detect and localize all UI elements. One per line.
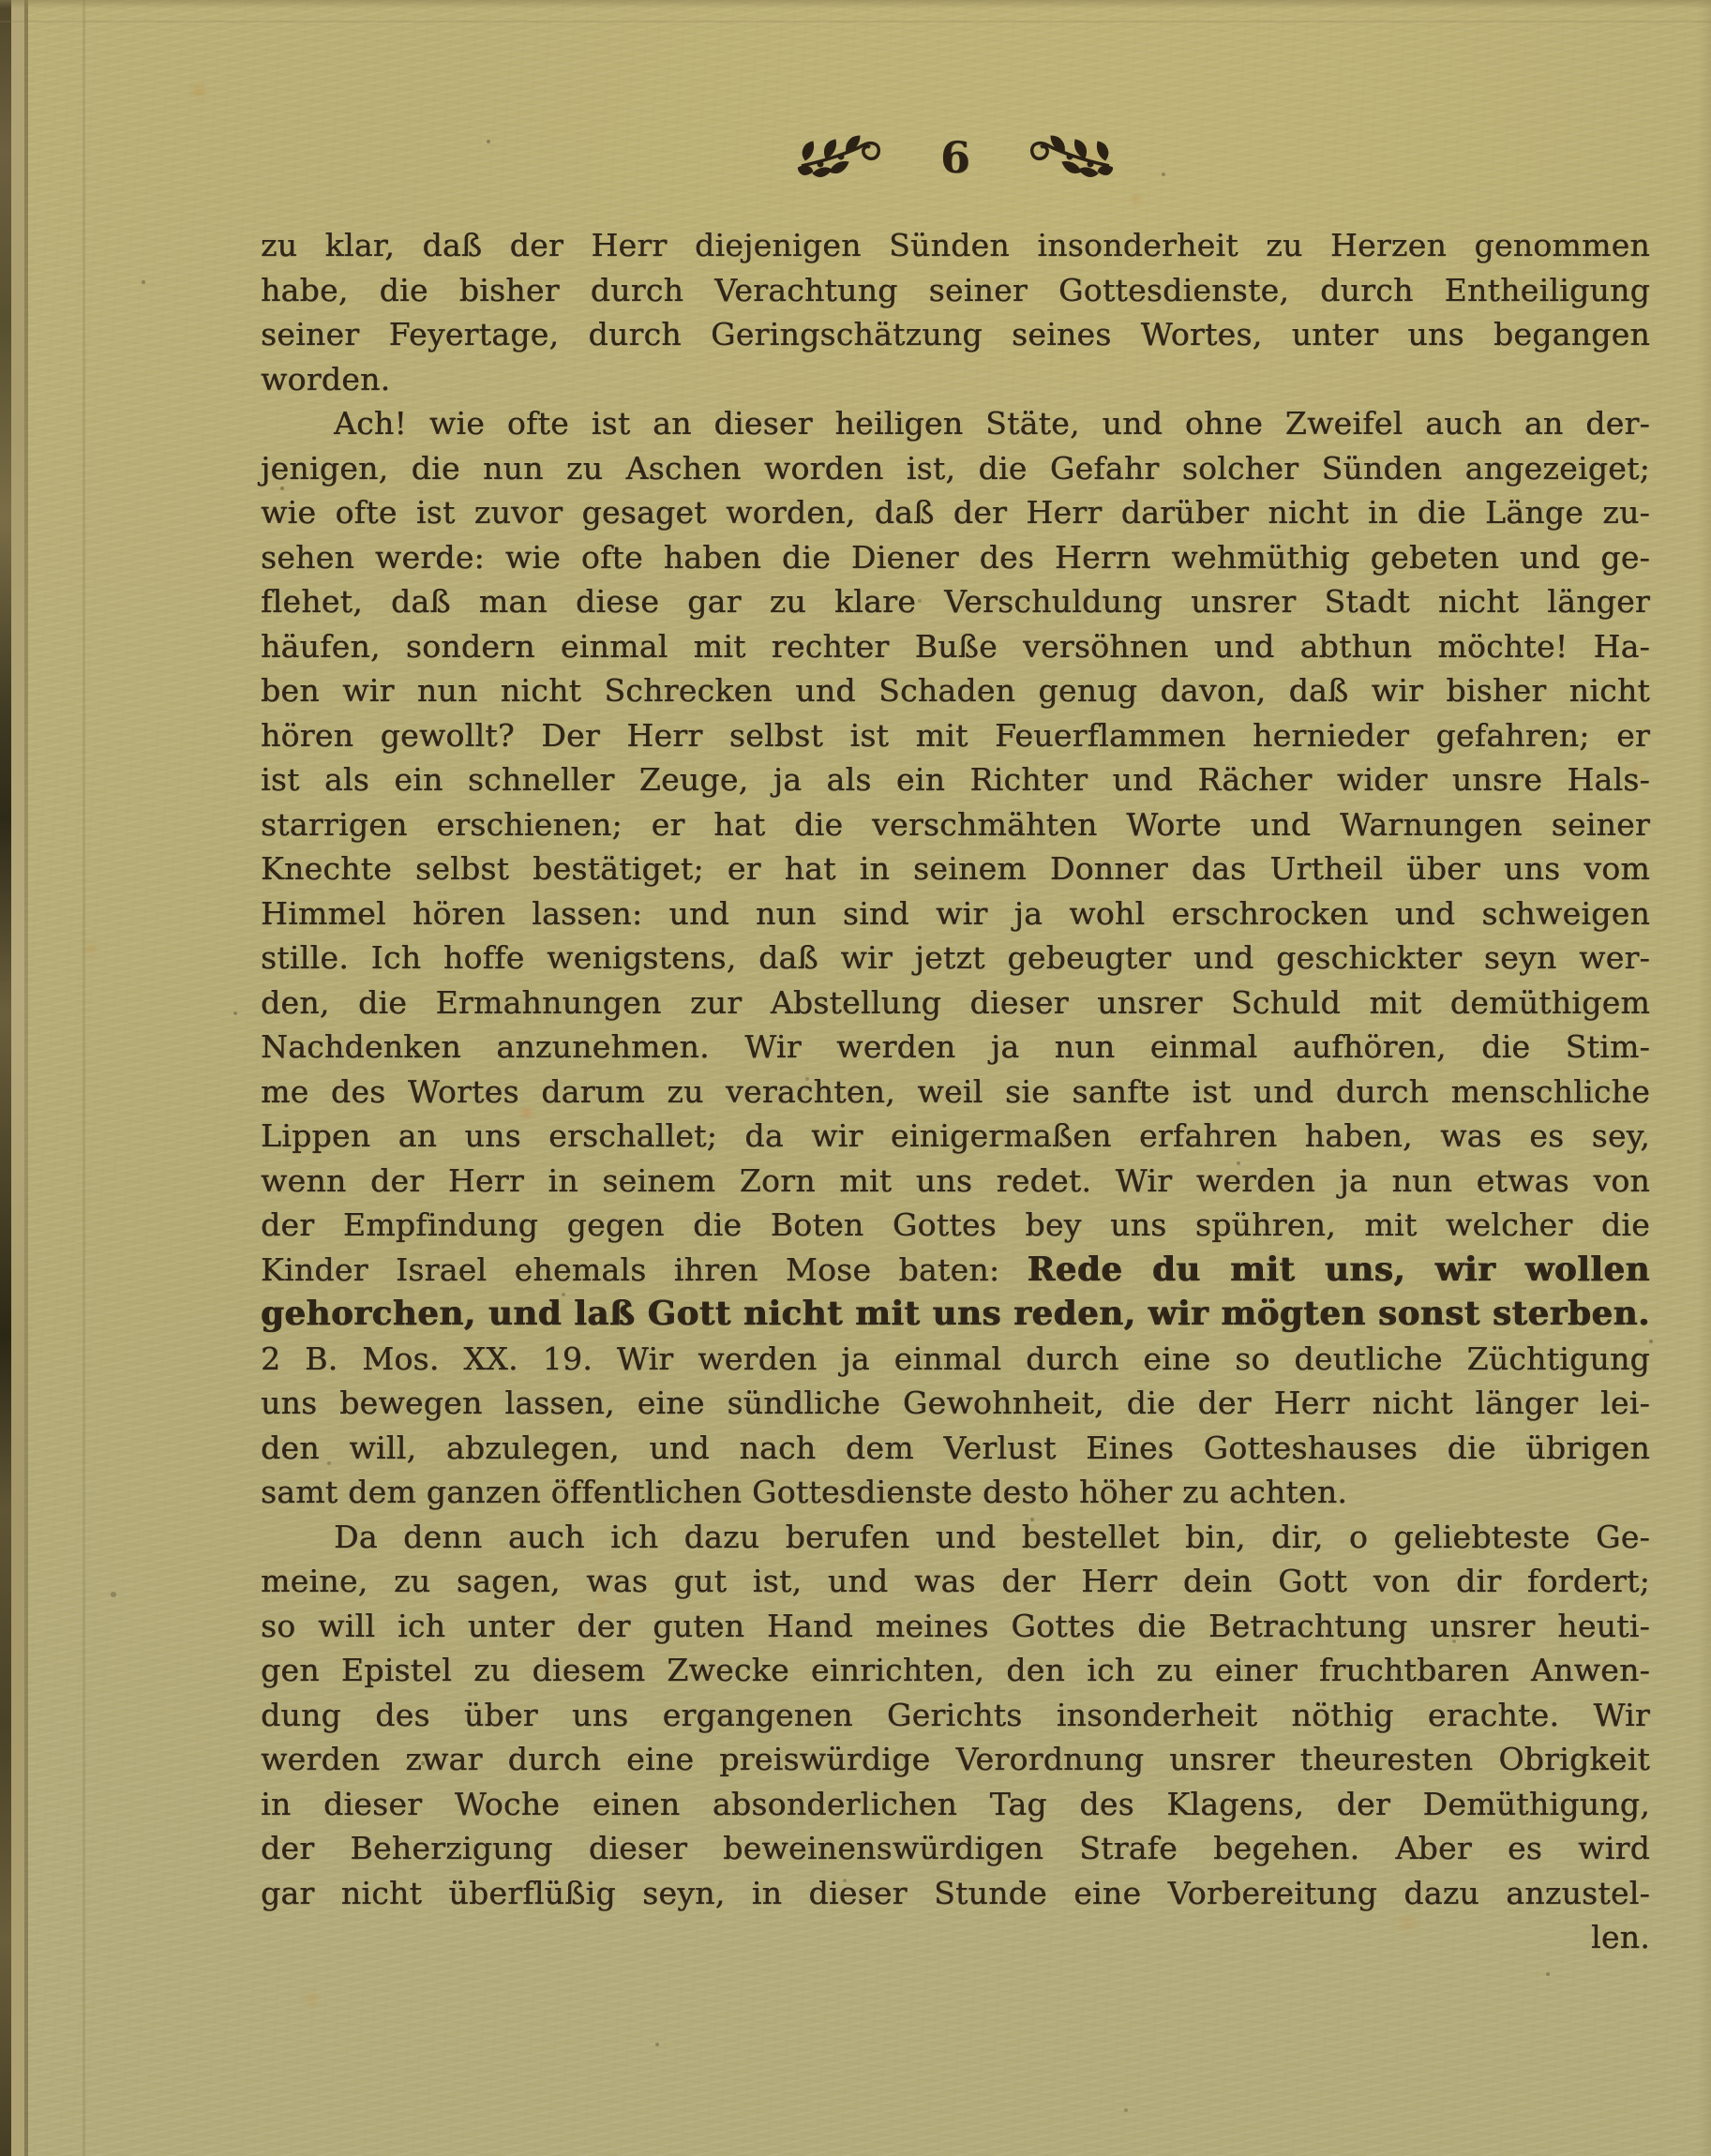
body-text: wenn der Herr in seinem Zorn mit uns red… [261, 1162, 1650, 1199]
body-text: uns bewegen lassen, eine sündliche Gewoh… [261, 1385, 1650, 1421]
body-text: Da denn auch ich dazu berufen und bestel… [334, 1519, 1650, 1555]
text-line: wenn der Herr in seinem Zorn mit uns red… [261, 1159, 1650, 1204]
text-line: Ach! wie ofte ist an dieser heiligen Stä… [261, 401, 1650, 446]
text-line: Himmel hören lassen: und nun sind wir ja… [261, 891, 1650, 936]
page-right-edge [1698, 0, 1711, 2156]
text-line: den, die Ermahnungen zur Abstellung dies… [261, 981, 1650, 1026]
text-line: gehorchen, und laß Gott nicht mit uns re… [261, 1292, 1650, 1337]
body-text: me des Wortes darum zu verachten, weil s… [261, 1073, 1650, 1110]
body-text: der Empfindung gegen die Boten Gottes be… [261, 1206, 1650, 1243]
text-line: werden zwar durch eine preiswürdige Vero… [261, 1737, 1650, 1782]
emphasized-scripture-text: Rede du mit uns, wir wollen [1028, 1250, 1650, 1289]
body-text: habe, die bisher durch Verachtung seiner… [261, 272, 1650, 308]
text-line: gen Epistel zu diesem Zwecke einrichten,… [261, 1648, 1650, 1693]
text-line: ben wir nun nicht Schrecken und Schaden … [261, 668, 1650, 713]
text-line: flehet, daß man diese gar zu klare Versc… [261, 579, 1650, 624]
text-line: sehen werde: wie ofte haben die Diener d… [261, 535, 1650, 580]
text-line: 2 B. Mos. XX. 19. Wir werden ja einmal d… [261, 1337, 1650, 1382]
foxing-stains [0, 0, 4, 4]
text-line: Nachdenken anzunehmen. Wir werden ja nun… [261, 1025, 1650, 1070]
page-top-edge [0, 0, 1711, 8]
text-line: worden. [261, 357, 1650, 402]
text-line: dung des über uns ergangenen Gerichts in… [261, 1693, 1650, 1738]
body-text: samt dem ganzen öffentlichen Gottesdiens… [261, 1474, 1347, 1510]
body-text: sehen werde: wie ofte haben die Diener d… [261, 539, 1650, 576]
body-text: meine, zu sagen, was gut ist, und was de… [261, 1563, 1650, 1599]
text-line: len. [261, 1915, 1650, 1960]
text-line: Kinder Israel ehemals ihren Mose baten: … [261, 1248, 1650, 1293]
text-line: so will ich unter der guten Hand meines … [261, 1604, 1650, 1649]
text-line: häufen, sondern einmal mit rechter Buße … [261, 624, 1650, 669]
gutter-crease [24, 0, 28, 2156]
body-text: häufen, sondern einmal mit rechter Buße … [261, 628, 1650, 665]
text-line: der Empfindung gegen die Boten Gottes be… [261, 1203, 1650, 1248]
text-line: in dieser Woche einen absonderlichen Tag… [261, 1782, 1650, 1827]
page-number: 6 [940, 128, 970, 187]
text-line: der Beherzigung dieser beweinenswürdigen… [261, 1826, 1650, 1871]
body-text: starrigen erschienen; er hat die verschm… [261, 806, 1650, 843]
text-line: ist als ein schneller Zeuge, ja als ein … [261, 757, 1650, 802]
text-line: hören gewollt? Der Herr selbst ist mit F… [261, 713, 1650, 758]
body-text: stille. Ich hoffe wenigstens, daß wir je… [261, 939, 1650, 976]
text-line: starrigen erschienen; er hat die verschm… [261, 802, 1650, 847]
body-text: Knechte selbst bestätiget; er hat in sei… [261, 850, 1650, 887]
body-text: wie ofte ist zuvor gesaget worden, daß d… [261, 494, 1650, 531]
body-text: Himmel hören lassen: und nun sind wir ja… [261, 895, 1650, 932]
body-text: so will ich unter der guten Hand meines … [261, 1608, 1650, 1644]
body-text: in dieser Woche einen absonderlichen Tag… [261, 1786, 1650, 1822]
body-text: hören gewollt? Der Herr selbst ist mit F… [261, 717, 1650, 754]
body-text: dung des über uns ergangenen Gerichts in… [261, 1697, 1650, 1733]
gutter-band [11, 0, 24, 2156]
text-line: Lippen an uns erschallet; da wir einiger… [261, 1114, 1650, 1159]
body-text: jenigen, die nun zu Aschen worden ist, d… [261, 450, 1650, 487]
body-text: Kinder Israel ehemals ihren Mose baten: [261, 1251, 1028, 1288]
text-line: gar nicht überflüßig seyn, in dieser Stu… [261, 1871, 1650, 1916]
page-top-crease [0, 21, 1711, 22]
text-line: Knechte selbst bestätiget; er hat in sei… [261, 846, 1650, 891]
text-line: jenigen, die nun zu Aschen worden ist, d… [261, 446, 1650, 491]
emphasized-scripture-text: gehorchen, und laß Gott nicht mit uns re… [261, 1295, 1650, 1333]
body-text: den, die Ermahnungen zur Abstellung dies… [261, 984, 1650, 1021]
text-line: samt dem ganzen öffentlichen Gottesdiens… [261, 1470, 1650, 1515]
book-gutter-edge [0, 0, 11, 2156]
body-text: gen Epistel zu diesem Zwecke einrichten,… [261, 1652, 1650, 1688]
text-line: wie ofte ist zuvor gesaget worden, daß d… [261, 490, 1650, 535]
scanned-book-page: 6 zu klar, daß der Herr diejenigen Sünde… [0, 0, 1711, 2156]
text-line: me des Wortes darum zu verachten, weil s… [261, 1070, 1650, 1115]
body-text: Lippen an uns erschallet; da wir einiger… [261, 1117, 1650, 1154]
body-text: den will, abzulegen, und nach dem Verlus… [261, 1430, 1650, 1466]
body-text: len. [1591, 1919, 1650, 1955]
body-text: ist als ein schneller Zeuge, ja als ein … [261, 761, 1650, 798]
text-line: Da denn auch ich dazu berufen und bestel… [261, 1515, 1650, 1560]
body-text: der Beherzigung dieser beweinenswürdigen… [261, 1830, 1650, 1866]
text-line: zu klar, daß der Herr diejenigen Sünden … [261, 223, 1650, 268]
body-text: zu klar, daß der Herr diejenigen Sünden … [261, 227, 1650, 263]
text-line: uns bewegen lassen, eine sündliche Gewoh… [261, 1381, 1650, 1426]
body-text: flehet, daß man diese gar zu klare Versc… [261, 583, 1650, 620]
text-line: meine, zu sagen, was gut ist, und was de… [261, 1559, 1650, 1604]
text-block: zu klar, daß der Herr diejenigen Sünden … [261, 223, 1650, 1960]
body-text: werden zwar durch eine preiswürdige Vero… [261, 1741, 1650, 1777]
body-text: 2 B. Mos. XX. 19. Wir werden ja einmal d… [261, 1340, 1650, 1377]
text-line: seiner Feyertage, durch Geringschätzung … [261, 312, 1650, 357]
body-text: ben wir nun nicht Schrecken und Schaden … [261, 672, 1650, 709]
floral-sprig-left-icon [798, 128, 888, 187]
text-line: den will, abzulegen, und nach dem Verlus… [261, 1426, 1650, 1471]
floral-sprig-right-icon [1023, 128, 1113, 187]
text-line: habe, die bisher durch Verachtung seiner… [261, 268, 1650, 313]
body-text: seiner Feyertage, durch Geringschätzung … [261, 316, 1650, 352]
body-text: Nachdenken anzunehmen. Wir werden ja nun… [261, 1028, 1650, 1065]
paper-fold-crease [83, 0, 85, 2156]
body-text: gar nicht überflüßig seyn, in dieser Stu… [261, 1875, 1650, 1911]
body-text: Ach! wie ofte ist an dieser heiligen Stä… [334, 405, 1650, 442]
page-header: 6 [261, 118, 1650, 197]
body-text: worden. [261, 361, 390, 397]
text-line: stille. Ich hoffe wenigstens, daß wir je… [261, 936, 1650, 981]
